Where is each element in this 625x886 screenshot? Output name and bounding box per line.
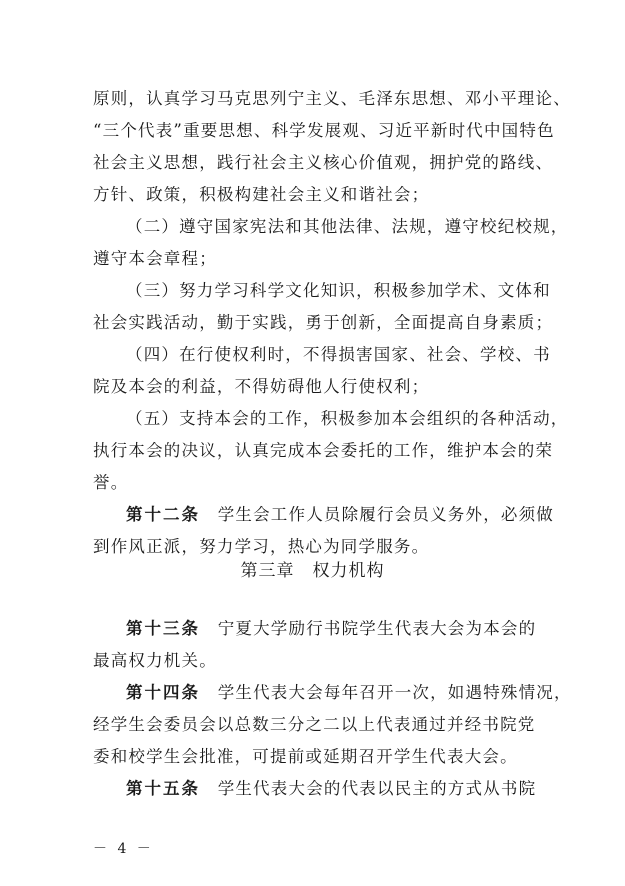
document-page: 原则，认真学习马克思列宁主义、毛泽东思想、邓小平理论、 “三个代表”重要思想、科…	[0, 0, 625, 886]
text-line: （四）在行使权利时，不得损害国家、社会、学校、书	[126, 344, 566, 366]
text-line: 方针、政策，积极构建社会主义和谐社会；	[93, 184, 533, 206]
article-label: 第十三条	[126, 619, 200, 638]
article-15: 第十五条 学生代表大会的代表以民主的方式从书院	[126, 778, 566, 800]
article-label: 第十二条	[126, 505, 200, 524]
article-13: 第十三条 宁夏大学励行书院学生代表大会为本会的	[126, 618, 566, 640]
text-line: 到作风正派，努力学习，热心为同学服务。	[93, 536, 533, 558]
article-14: 第十四条 学生代表大会每年召开一次，如遇特殊情况，	[126, 682, 566, 704]
article-label: 第十五条	[126, 779, 200, 798]
text-line: 社会主义思想，践行社会主义核心价值观，拥护党的路线、	[93, 152, 533, 174]
article-text: 学生会工作人员除履行会员义务外，必须做	[218, 505, 554, 524]
text-line: 原则，认真学习马克思列宁主义、毛泽东思想、邓小平理论、	[93, 88, 533, 110]
chapter-heading: 第三章 权力机构	[0, 556, 625, 581]
article-text: 宁夏大学励行书院学生代表大会为本会的	[218, 619, 537, 638]
text-line: 院及本会的利益，不得妨碍他人行使权利；	[93, 376, 533, 398]
article-text: 学生代表大会的代表以民主的方式从书院	[218, 779, 537, 798]
text-line: “三个代表”重要思想、科学发展观、习近平新时代中国特色	[93, 120, 533, 142]
text-line: 最高权力机关。	[93, 650, 533, 672]
text-line: （五）支持本会的工作，积极参加本会组织的各种活动，	[126, 408, 566, 430]
text-line: 遵守本会章程；	[93, 248, 533, 270]
text-line: （三）努力学习科学文化知识，积极参加学术、文体和	[126, 280, 566, 302]
text-line: 执行本会的决议，认真完成本会委托的工作，维护本会的荣	[93, 440, 533, 462]
text-line: 社会实践活动，勤于实践，勇于创新，全面提高自身素质；	[93, 312, 533, 334]
text-line: 经学生会委员会以总数三分之二以上代表通过并经书院党	[93, 714, 533, 736]
article-text: 学生代表大会每年召开一次，如遇特殊情况，	[218, 683, 572, 702]
text-line: 誉。	[93, 472, 533, 494]
text-line: （二）遵守国家宪法和其他法律、法规，遵守校纪校规，	[126, 216, 566, 238]
page-number: － 4 －	[93, 838, 154, 858]
article-label: 第十四条	[126, 683, 200, 702]
text-line: 委和校学生会批准，可提前或延期召开学生代表大会。	[93, 746, 533, 768]
article-12: 第十二条 学生会工作人员除履行会员义务外，必须做	[126, 504, 566, 526]
